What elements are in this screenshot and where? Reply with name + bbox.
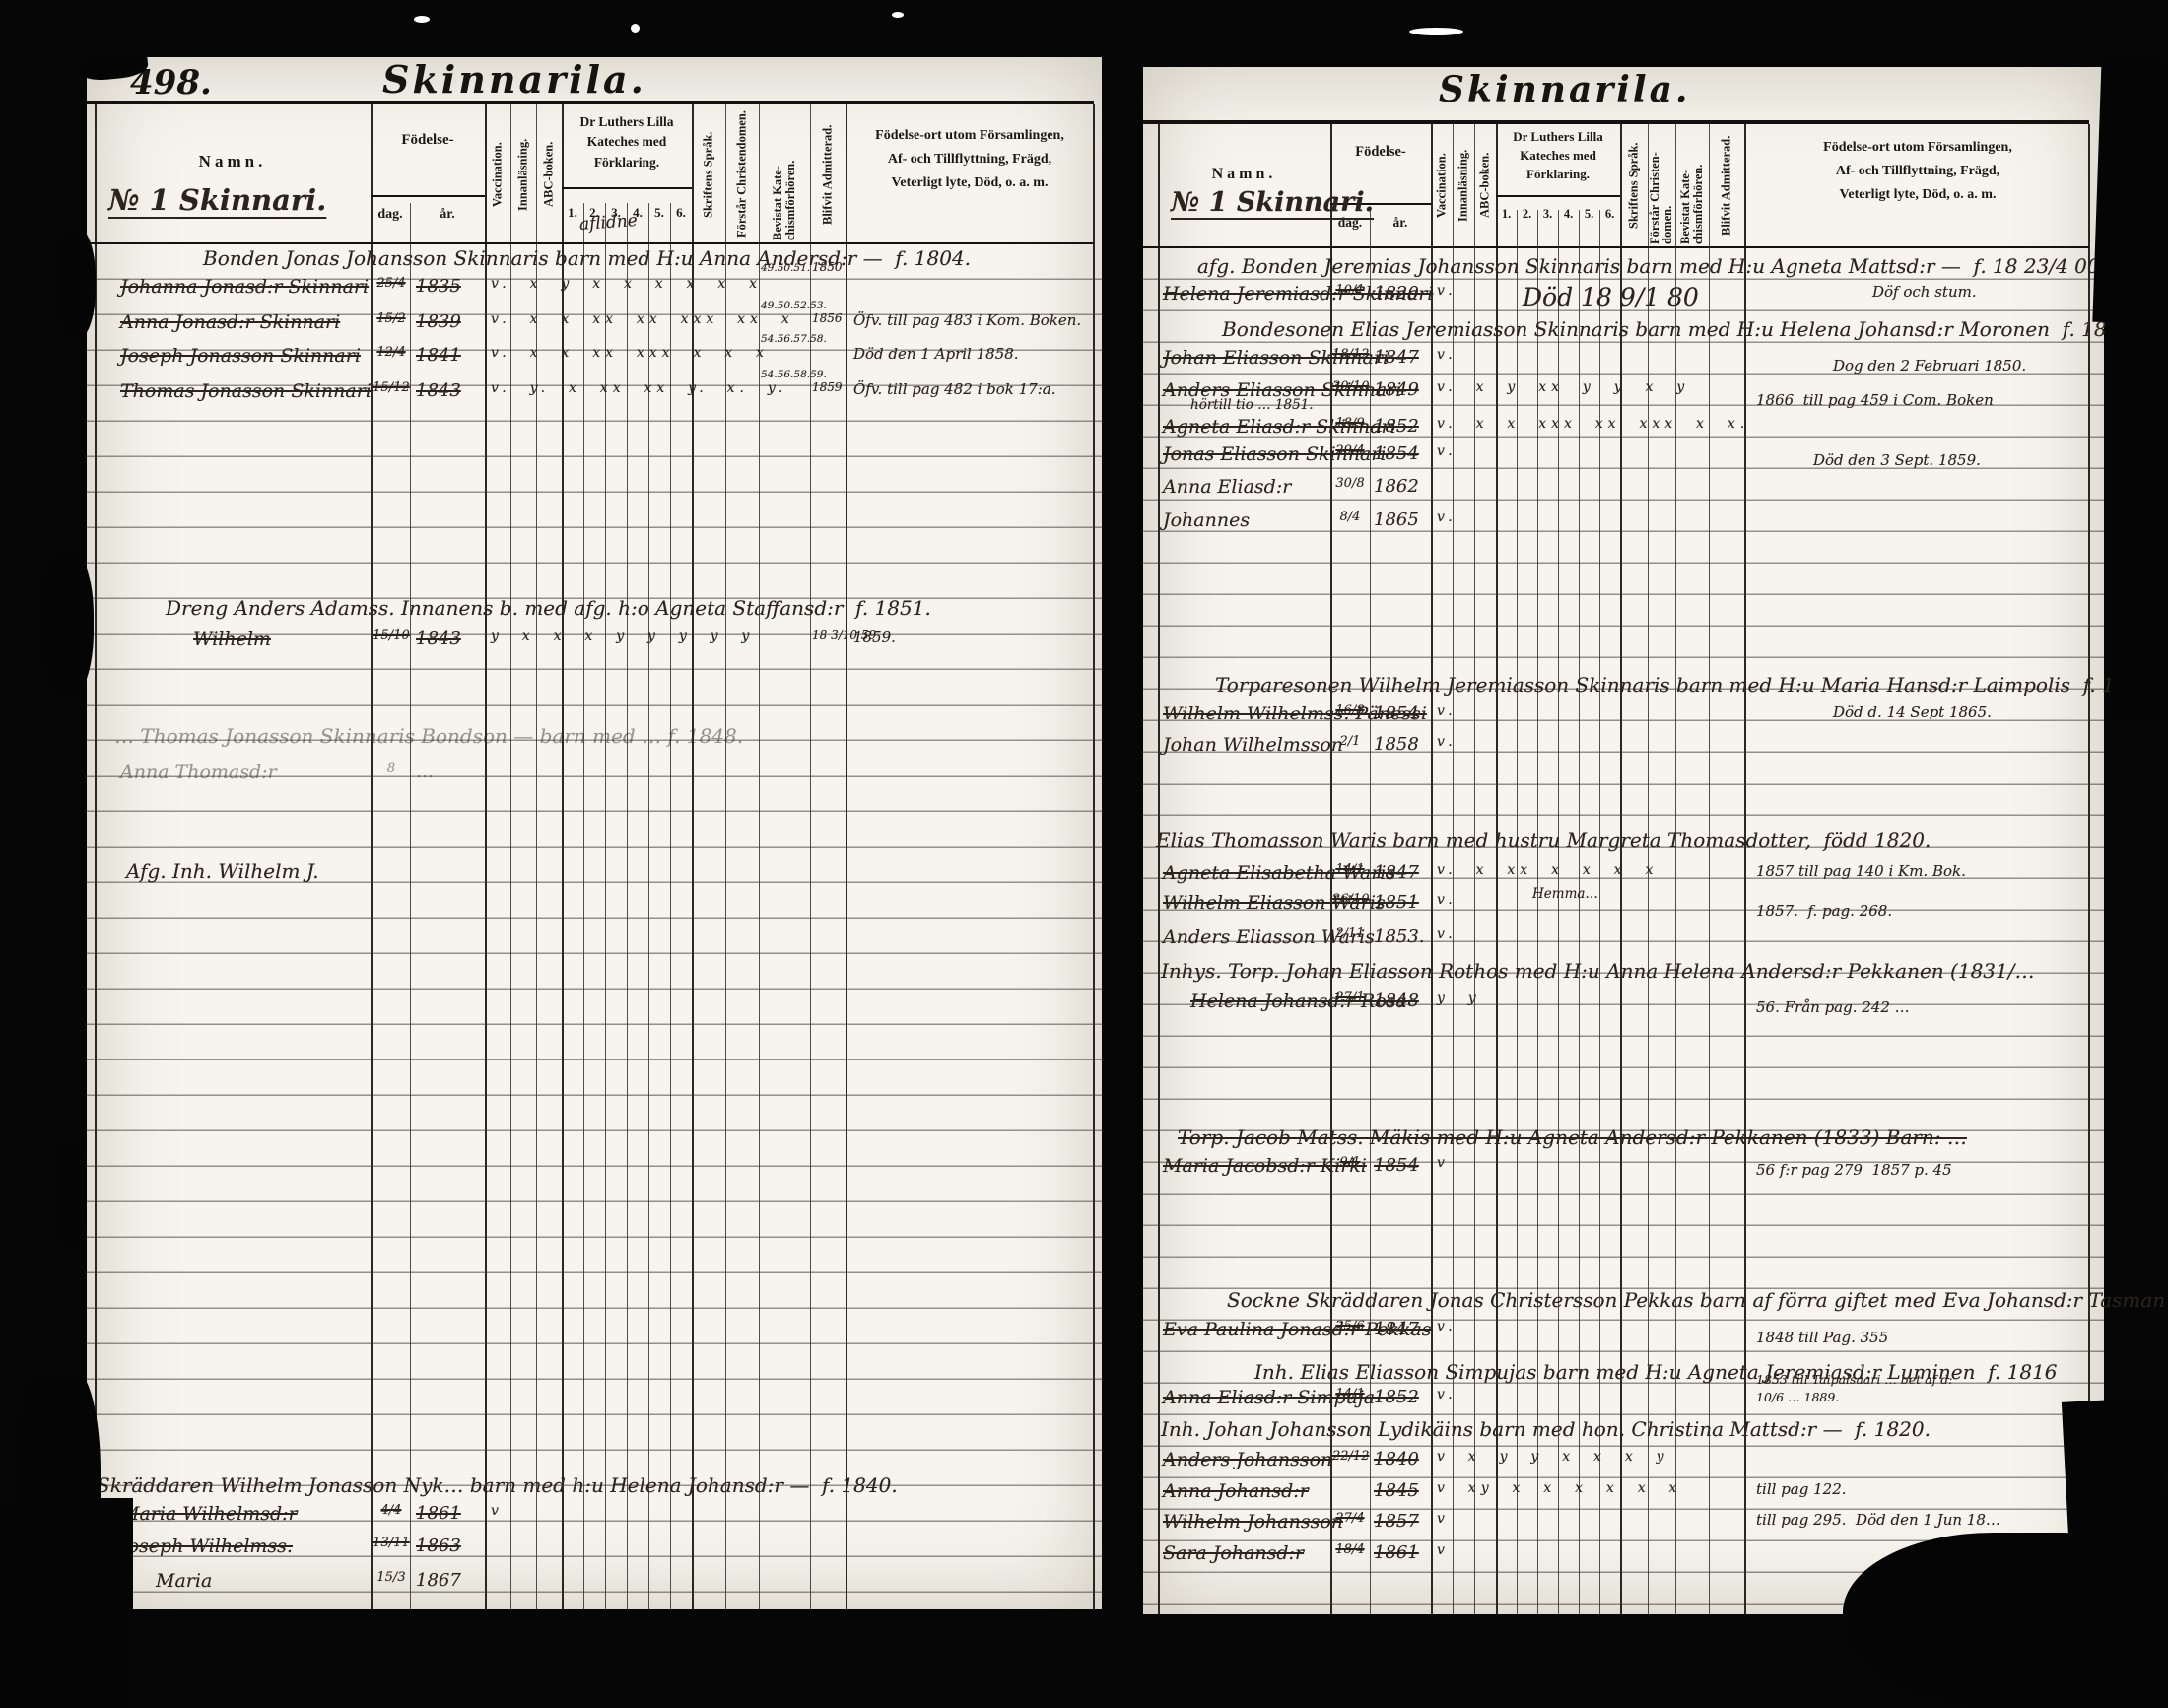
record-birth-year: 1862	[1374, 476, 1419, 497]
record-birth-year: 1847	[1374, 1319, 1419, 1339]
record-birth-year: 1852	[1374, 1387, 1419, 1407]
kateches-col-4: 4.	[1558, 207, 1579, 222]
record-name: Johanna Jonasd:r Skinnari	[120, 276, 369, 298]
record-birth-year: 1852	[1374, 416, 1419, 437]
record-admitted: 1856	[812, 311, 843, 325]
record-note: Döf och stum.	[1872, 283, 1977, 301]
record-name: Wilhelm	[193, 628, 271, 649]
column-header-notes-3: Veterligt lyte, Död, o. a. m.	[1748, 187, 2087, 203]
record-name: Joseph Wilhelmss.	[120, 1536, 293, 1557]
record-birth-year: 1847	[1374, 862, 1419, 883]
record-exam-years: 54.56.58.59.	[761, 369, 827, 380]
record-birth-year: 1861	[416, 1503, 461, 1524]
record-name: Joseph Jonasson Skinnari	[120, 345, 361, 367]
kateches-col-6: 6.	[670, 205, 692, 221]
fodelse-divider	[371, 195, 485, 197]
record-note: Död d. 14 Sept 1865.	[1833, 703, 1992, 720]
record-birth-day: 27/4	[1332, 1511, 1368, 1526]
column-header-forstar-christendomen: Förstår Christen­domen.	[725, 108, 759, 240]
record-name: Anna Jonasd:r Skinnari	[120, 311, 340, 333]
record-birth-year: 1853.	[1374, 926, 1425, 947]
family-note: 1853 till Taipalsaari … bet af d:	[1756, 1372, 1952, 1387]
record-birth-day: 2/11	[1332, 926, 1368, 941]
record-birth-day: 25/4	[373, 276, 410, 291]
scanned-parish-register: { "colors": {"paper":"#f6f4ed","ink":"#2…	[0, 0, 2168, 1708]
family-header: Inh. Johan Johansson Lydikäins barn med …	[1161, 1417, 1931, 1441]
record-marks: v. x y xx y y x y	[1437, 379, 1689, 395]
column-header-kateches: Dr Luthers Lilla Kateches med Förklaring…	[564, 112, 690, 172]
record-note: till pag 295. Död den 1 Jun 18…	[1756, 1511, 2000, 1529]
family-header: Skräddaren Wilhelm Jonasson Nyk… barn me…	[97, 1473, 898, 1497]
scan-blemish	[54, 227, 96, 340]
column-header-innanlasning: Innanläsning.	[1453, 126, 1474, 244]
record-birth-year: 1840	[1374, 1449, 1419, 1469]
record-birth-day: 15/10	[373, 628, 410, 643]
column-header-notes-1: Födelse-ort utom Församlingen,	[847, 128, 1092, 144]
record-birth-day: 2/1	[1332, 734, 1368, 749]
record-birth-day: 15/12	[373, 380, 410, 395]
record-marks: v. x y x x x x x x	[491, 276, 762, 292]
record-birth-year: 1854	[1374, 444, 1419, 464]
column-header-ar: år.	[410, 207, 485, 223]
record-birth-day: 10/1	[1332, 283, 1368, 298]
column-header-abc-boken: ABC-boken.	[1474, 126, 1496, 244]
record-birth-year: 1820	[1374, 283, 1419, 304]
header-top-rule	[87, 101, 1094, 104]
family-header: Elias Thomasson Waris barn med hustru Ma…	[1156, 828, 1931, 852]
record-birth-year: 1848	[1374, 991, 1419, 1011]
column-header-skriftens-sprak: Skriftens Språk.	[1620, 126, 1648, 244]
family-header: Bonden Jonas Johansson Skinnaris barn me…	[203, 246, 971, 270]
record-birth-day: 29/4	[1332, 444, 1368, 458]
page-title: Skinnarila.	[382, 57, 646, 102]
scan-blemish	[0, 1498, 133, 1708]
column-header-notes-2: Af- och Tillflyttning, Frägd,	[847, 152, 1092, 168]
record-birth-day: 15/3	[373, 1570, 410, 1585]
record-marks: v.	[1437, 510, 1457, 525]
record-birth-day: 30/10	[1332, 379, 1368, 394]
family-header: Bondesonen Elias Jeremiasson Skinnaris b…	[1222, 317, 2168, 341]
record-marks: v	[1437, 1155, 1450, 1171]
column-header-forstar-christendomen: Förstår Christen­domen.	[1648, 126, 1675, 244]
record-note: 1857. f. pag. 268.	[1756, 902, 1892, 920]
record-birth-year: 1835	[416, 276, 461, 297]
record-birth-year: 1843	[416, 628, 461, 649]
record-birth-day: 26/10	[1332, 892, 1368, 907]
record-birth-day: 13/11	[373, 1536, 410, 1550]
record-name: Wilhelm Johansson	[1163, 1511, 1343, 1533]
family-header: Inhys. Torp. Johan Eliasson Rothos med H…	[1161, 959, 2034, 983]
record-name: Anders Johansson	[1163, 1449, 1332, 1470]
record-note: 1857 till pag 140 i Km. Bok.	[1756, 862, 1966, 880]
record-marks: v.	[1437, 926, 1457, 942]
record-birth-day: 18/4	[1332, 1542, 1368, 1557]
family-header: … Thomas Jonasson Skinnaris Bondson — ba…	[114, 724, 743, 748]
scan-speck	[892, 12, 904, 18]
record-marks: v	[491, 1503, 504, 1519]
record-note: till pag 122.	[1756, 1480, 1847, 1498]
family-note-2: 10/6 … 1889.	[1756, 1390, 1839, 1404]
record-birth-day: 8	[373, 761, 410, 776]
record-birth-year: 1867	[416, 1570, 461, 1591]
column-header-fodelse: Födelse-	[1330, 144, 1431, 161]
record-birth-day: 14/1	[1332, 862, 1368, 877]
column-header-abc-boken: ABC-boken.	[536, 108, 562, 240]
record-birth-year: 1849	[1374, 379, 1419, 400]
script-note: aflidne	[578, 211, 638, 235]
family-header: Sockne Skräddaren Jonas Christersson Pek…	[1227, 1288, 2168, 1312]
record-name: Thomas Jonasson Skinnari	[120, 380, 372, 402]
kateches-col-3: 3.	[1537, 207, 1558, 222]
record-note: 1859.	[853, 628, 896, 646]
kateches-divider	[562, 187, 692, 189]
record-marks: v.	[1437, 1387, 1457, 1402]
record-sub-note: hörtill tio … 1851.	[1190, 397, 1314, 413]
record-marks: v.	[1437, 1319, 1457, 1334]
record-marks: v	[1437, 1511, 1450, 1527]
record-birth-day: 30/8	[1332, 476, 1368, 491]
record-note: Dog den 2 Februari 1850.	[1833, 357, 2026, 375]
column-header-innanlasning: Innanläsning.	[510, 108, 536, 240]
record-note: Öfv. till pag 483 i Kom. Boken.	[853, 311, 1081, 329]
record-birth-day: 22/12	[1332, 1449, 1368, 1464]
record-name: Anna Eliasd:r	[1163, 476, 1291, 498]
record-name: Sara Johansd:r	[1163, 1542, 1304, 1564]
record-name: Johan Wilhelmsson	[1163, 734, 1343, 756]
record-marks: v.	[1437, 892, 1457, 908]
record-birth-year: 1865	[1374, 510, 1419, 530]
record-note: 1866 till pag 459 i Com. Boken	[1756, 391, 1994, 409]
column-header-dag: dag.	[371, 207, 410, 223]
kateches-col-1: 1.	[1496, 207, 1517, 222]
scan-blemish	[51, 1138, 87, 1252]
record-note: 1848 till Pag. 355	[1756, 1329, 1888, 1346]
record-birth-year: 1858	[1374, 734, 1419, 755]
family-header: Torp. Jacob Matss. Mäkis med H:u Agneta …	[1178, 1126, 1967, 1149]
death-note-large: Död 18 9/1 80	[1523, 283, 1699, 311]
record-name: Johannes	[1163, 510, 1250, 531]
record-note: Död den 3 Sept. 1859.	[1813, 451, 1981, 469]
record-name: Anna Thomasd:r	[120, 761, 277, 783]
column-header-bevistat: Bevistat Kate­chismförhören.	[1675, 126, 1709, 244]
scan-blemish	[1843, 1533, 2168, 1708]
record-marks: v.	[1437, 283, 1457, 299]
record-admitted: 1859	[812, 380, 843, 394]
column-header-blifvit: Blifvit Admit­terad.	[810, 108, 846, 240]
column-header-namn: Namn.	[95, 152, 371, 171]
column-header-skriftens-sprak: Skriftens Språk.	[692, 108, 725, 240]
household-title: № 1 Skinnari.	[1171, 187, 1374, 218]
record-birth-day: 15/2	[373, 311, 410, 326]
record-marks: v. x x xx xx xxx xx x	[491, 311, 794, 327]
record-marks: v.	[1437, 347, 1457, 363]
record-birth-year: 1854	[1374, 1155, 1419, 1176]
page-title: Skinnarila.	[1439, 69, 1690, 110]
family-header: Torparesonen Wilhelm Jeremiasson Skinnar…	[1215, 673, 2158, 697]
record-note: Död den 1 April 1858.	[853, 345, 1019, 363]
record-birth-year: 1863	[416, 1536, 461, 1556]
record-birth-day: 27/1	[1332, 991, 1368, 1005]
margin-note: Afg. Inh. Wilhelm J.	[126, 859, 319, 883]
record-birth-day: 16/8	[1332, 703, 1368, 717]
column-header-vaccination: Vaccination.	[485, 108, 510, 240]
record-birth-year: 1857	[1374, 1511, 1419, 1532]
scan-speck	[414, 16, 430, 23]
column-header-kateches: Dr Luthers Lilla Kateches med Förklaring…	[1498, 128, 1618, 184]
column-header-notes-2: Af- och Tillflyttning, Frägd,	[1748, 164, 2087, 179]
left-page: 498. Skinnarila. Namn. Födelse- dag. år.…	[87, 57, 1102, 1609]
record-marks: v x y y x x x y	[1437, 1449, 1669, 1465]
record-birth-day: 9/1	[1332, 1155, 1368, 1170]
column-header-namn: Namn.	[1158, 166, 1330, 183]
scan-speck	[1409, 28, 1463, 35]
column-header-notes-3: Veterligt lyte, Död, o. a. m.	[847, 175, 1092, 191]
column-header-vaccination: Vaccination.	[1431, 126, 1453, 244]
record-marks: y y	[1437, 991, 1481, 1006]
record-exam-years: 54.56.57.58.	[761, 333, 827, 345]
column-header-fodelse: Födelse-	[371, 132, 485, 149]
record-marks: v. x xx x x x x	[1437, 862, 1658, 878]
ruled-lines	[87, 244, 1102, 1605]
record-birth-day: 14/1	[1332, 1387, 1368, 1401]
record-name: Maria Wilhelmsd:r	[120, 1503, 298, 1525]
record-birth-day: 4/4	[373, 1503, 410, 1518]
record-marks: v.	[1437, 444, 1457, 459]
scan-blemish	[2111, 296, 2168, 719]
scan-blemish	[39, 547, 94, 700]
family-header: Dreng Anders Adamss. Innanens b. med afg…	[166, 596, 931, 620]
column-header-ar: år.	[1370, 215, 1431, 231]
record-birth-year: 1854	[1374, 703, 1419, 723]
column-header-bevistat: Bevistat Kate­chismförhören.	[759, 108, 810, 240]
kateches-col-5: 5.	[648, 205, 670, 221]
record-birth-day: 18/12	[1332, 347, 1368, 362]
record-name: Maria	[156, 1570, 212, 1592]
record-marks: v.	[1437, 703, 1457, 718]
header-top-rule	[1143, 120, 2089, 124]
record-birth-year: 1851	[1374, 892, 1419, 913]
column-header-notes-1: Födelse-ort utom Församlingen,	[1748, 140, 2087, 156]
record-birth-year: …	[416, 761, 434, 782]
record-birth-day: 8/4	[1332, 510, 1368, 524]
record-admitted: 1850	[812, 260, 843, 274]
right-page: Skinnarila. Namn. Födelse- dag. år. Vacc…	[1143, 67, 2104, 1614]
record-marks: v.	[1437, 734, 1457, 750]
record-birth-year: 1843	[416, 380, 461, 401]
record-marks: v. y. x xx xx y. x. y.	[491, 380, 787, 396]
record-exam-years: 49.50.51.	[761, 262, 810, 274]
record-birth-year: 1847	[1374, 347, 1419, 368]
record-birth-day: 18/9	[1332, 416, 1368, 431]
kateches-col-5: 5.	[1579, 207, 1599, 222]
scan-speck	[631, 24, 640, 33]
record-note: 56. Från pag. 242 …	[1756, 998, 1910, 1016]
record-marks: v	[1437, 1542, 1450, 1558]
record-mid-note: Hemma…	[1532, 886, 1598, 902]
record-exam-years: 49.50.52.53.	[761, 300, 827, 311]
record-birth-year: 1841	[416, 345, 461, 366]
record-note: Öfv. till pag 482 i bok 17:a.	[853, 380, 1056, 398]
record-note: 56 f:r pag 279 1857 p. 45	[1756, 1161, 1952, 1179]
record-marks: v xy x x x x x x	[1437, 1480, 1681, 1496]
record-birth-year: 1861	[1374, 1542, 1419, 1563]
record-birth-year: 1839	[416, 311, 461, 332]
kateches-col-6: 6.	[1599, 207, 1620, 222]
household-title: № 1 Skinnari.	[108, 183, 326, 217]
scan-blemish	[2092, 56, 2168, 324]
record-marks: v. x x xx xxx x x x	[491, 345, 769, 361]
column-header-blifvit: Blifvit Admit­terad.	[1709, 126, 1744, 244]
record-birth-day: 25/6	[1332, 1319, 1368, 1333]
kateches-col-2: 2.	[1517, 207, 1537, 222]
kateches-divider	[1496, 195, 1620, 197]
record-marks: y x x x y y y y y	[491, 628, 754, 644]
record-name: Anna Johansd:r	[1163, 1480, 1309, 1502]
record-birth-year: 1845	[1374, 1480, 1419, 1501]
family-header: afg. Bonden Jeremias Johansson Skinnaris…	[1197, 254, 2106, 278]
record-marks: v. x x xxx xx xxx x x.	[1437, 416, 1749, 432]
record-birth-day: 12/4	[373, 345, 410, 360]
